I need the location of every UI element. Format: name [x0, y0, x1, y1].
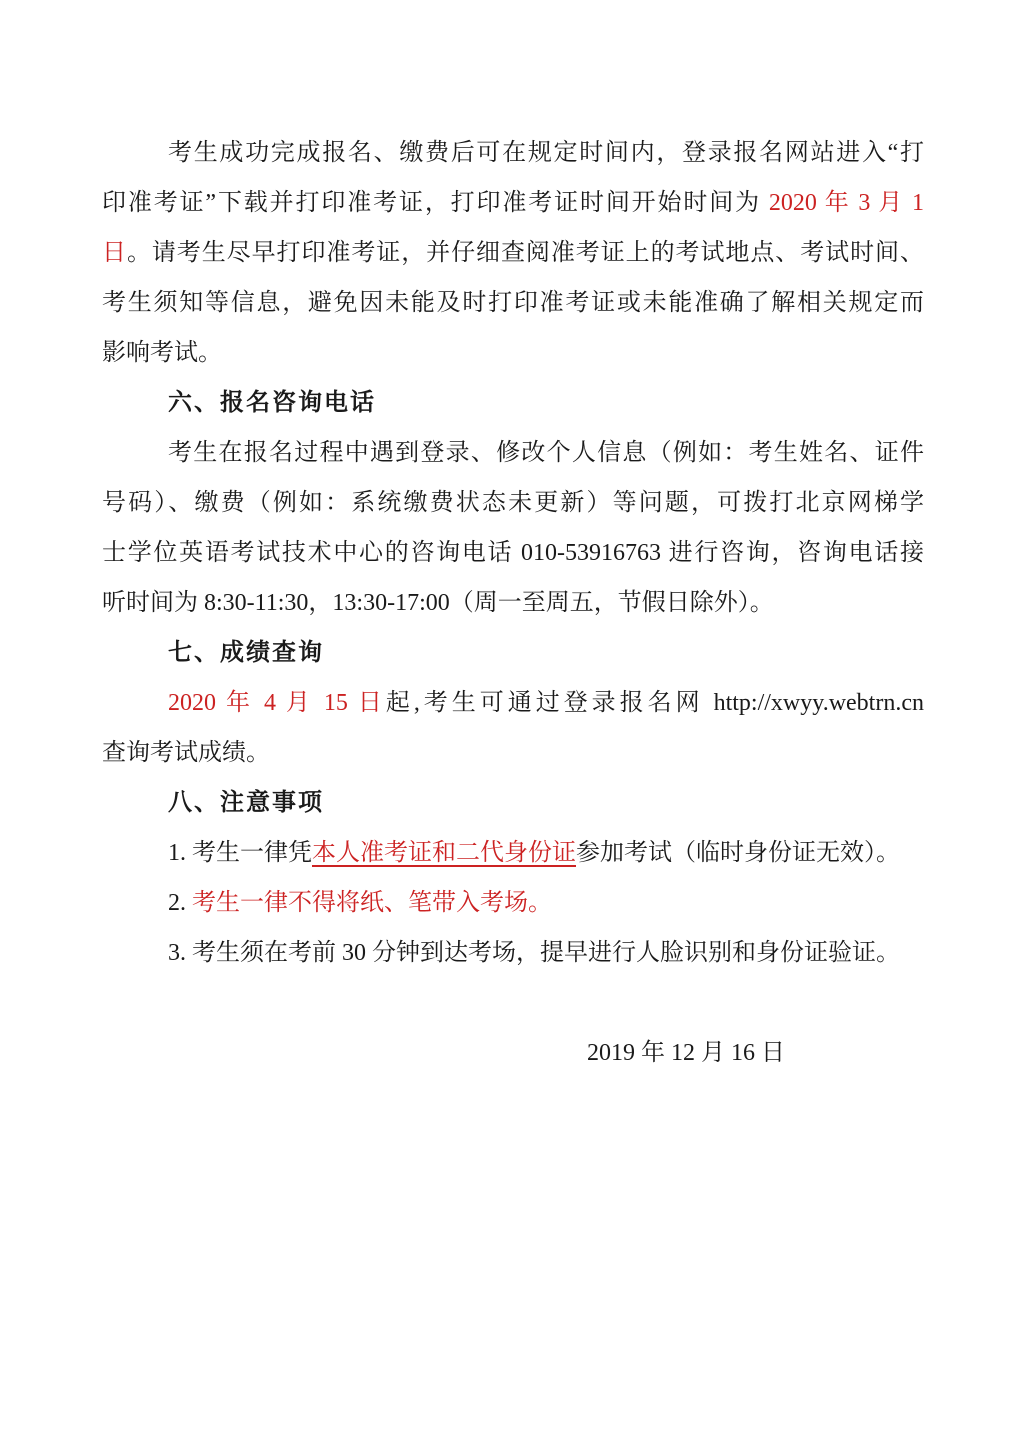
text-line: 影响考试。 [102, 328, 924, 378]
body-text: 号码）、缴费（例如：系统缴费状态未更新）等问题，可拨打北京网梯学 [102, 490, 924, 516]
text-line: 考生在报名过程中遇到登录、修改个人信息（例如：考生姓名、证件 [102, 428, 924, 478]
body-text: 印准考证”下载并打印准考证，打印准考证时间开始时间为 [102, 190, 769, 216]
notice-item-3: 3. 考生须在考前 30 分钟到达考场，提早进行人脸识别和身份证验证。 [102, 928, 924, 978]
paragraph-consult-phone: 考生在报名过程中遇到登录、修改个人信息（例如：考生姓名、证件 号码）、缴费（例如… [102, 428, 924, 628]
body-text: 考生须知等信息，避免因未能及时打印准考证或未能准确了解相关规定而 [102, 290, 924, 316]
body-text: 。请考生尽早打印准考证，并仔细查阅准考证上的考试地点、考试时间、 [127, 240, 924, 266]
body-text: 考生在报名过程中遇到登录、修改个人信息（例如：考生姓名、证件 [168, 440, 924, 466]
text-line: 查询考试成绩。 [102, 728, 924, 778]
item-number: 2. [168, 890, 192, 916]
print-start-date-red: 日 [102, 240, 127, 266]
paragraph-admission-ticket: 考生成功完成报名、缴费后可在规定时间内，登录报名网站进入“打 印准考证”下载并打… [102, 128, 924, 378]
text-line: 考生须知等信息，避免因未能及时打印准考证或未能准确了解相关规定而 [102, 278, 924, 328]
heading-section-eight: 八、注意事项 [102, 778, 924, 828]
body-text: 参加考试（临时身份证无效）。 [576, 840, 900, 866]
body-text: 听时间为 8:30-11:30，13:30-17:00（周一至周五，节假日除外）… [102, 590, 774, 616]
document-page: 考生成功完成报名、缴费后可在规定时间内，登录报名网站进入“打 印准考证”下载并打… [0, 0, 1024, 1448]
score-date-red: 2020 年 4 月 15 日 [168, 690, 386, 716]
body-text: 1. 考生一律凭 [168, 840, 312, 866]
text-line: 考生成功完成报名、缴费后可在规定时间内，登录报名网站进入“打 [102, 128, 924, 178]
sign-date: 2019 年 12 月 16 日 [102, 1028, 924, 1078]
document-body: 考生成功完成报名、缴费后可在规定时间内，登录报名网站进入“打 印准考证”下载并打… [102, 128, 924, 1078]
required-ids-red-underline: 本人准考证和二代身份证 [312, 840, 576, 866]
text-line: 士学位英语考试技术中心的咨询电话 010-53916763 进行咨询，咨询电话接 [102, 528, 924, 578]
body-text: 影响考试。 [102, 340, 222, 366]
paragraph-score-query: 2020 年 4 月 15 日起,考生可通过登录报名网 http://xwyy.… [102, 678, 924, 778]
print-start-date-red: 2020 年 3 月 1 [769, 190, 924, 216]
text-line: 日。请考生尽早打印准考证，并仔细查阅准考证上的考试地点、考试时间、 [102, 228, 924, 278]
body-text: 查询考试成绩。 [102, 740, 270, 766]
notice-item-1: 1. 考生一律凭本人准考证和二代身份证参加考试（临时身份证无效）。 [102, 828, 924, 878]
no-paper-pen-red: 考生一律不得将纸、笔带入考场。 [192, 890, 552, 916]
heading-section-six: 六、报名咨询电话 [102, 378, 924, 428]
text-line: 号码）、缴费（例如：系统缴费状态未更新）等问题，可拨打北京网梯学 [102, 478, 924, 528]
body-text: 3. 考生须在考前 30 分钟到达考场，提早进行人脸识别和身份证验证。 [168, 940, 900, 966]
body-text: 士学位英语考试技术中心的咨询电话 010-53916763 进行咨询，咨询电话接 [102, 540, 924, 566]
notice-item-2: 2. 考生一律不得将纸、笔带入考场。 [102, 878, 924, 928]
text-line: 印准考证”下载并打印准考证，打印准考证时间开始时间为 2020 年 3 月 1 [102, 178, 924, 228]
body-text: 考生成功完成报名、缴费后可在规定时间内，登录报名网站进入“打 [168, 140, 924, 166]
text-line: 听时间为 8:30-11:30，13:30-17:00（周一至周五，节假日除外）… [102, 578, 924, 628]
heading-section-seven: 七、成绩查询 [102, 628, 924, 678]
text-line: 2020 年 4 月 15 日起,考生可通过登录报名网 http://xwyy.… [102, 678, 924, 728]
body-text: 起,考生可通过登录报名网 http://xwyy.webtrn.cn [386, 690, 924, 716]
